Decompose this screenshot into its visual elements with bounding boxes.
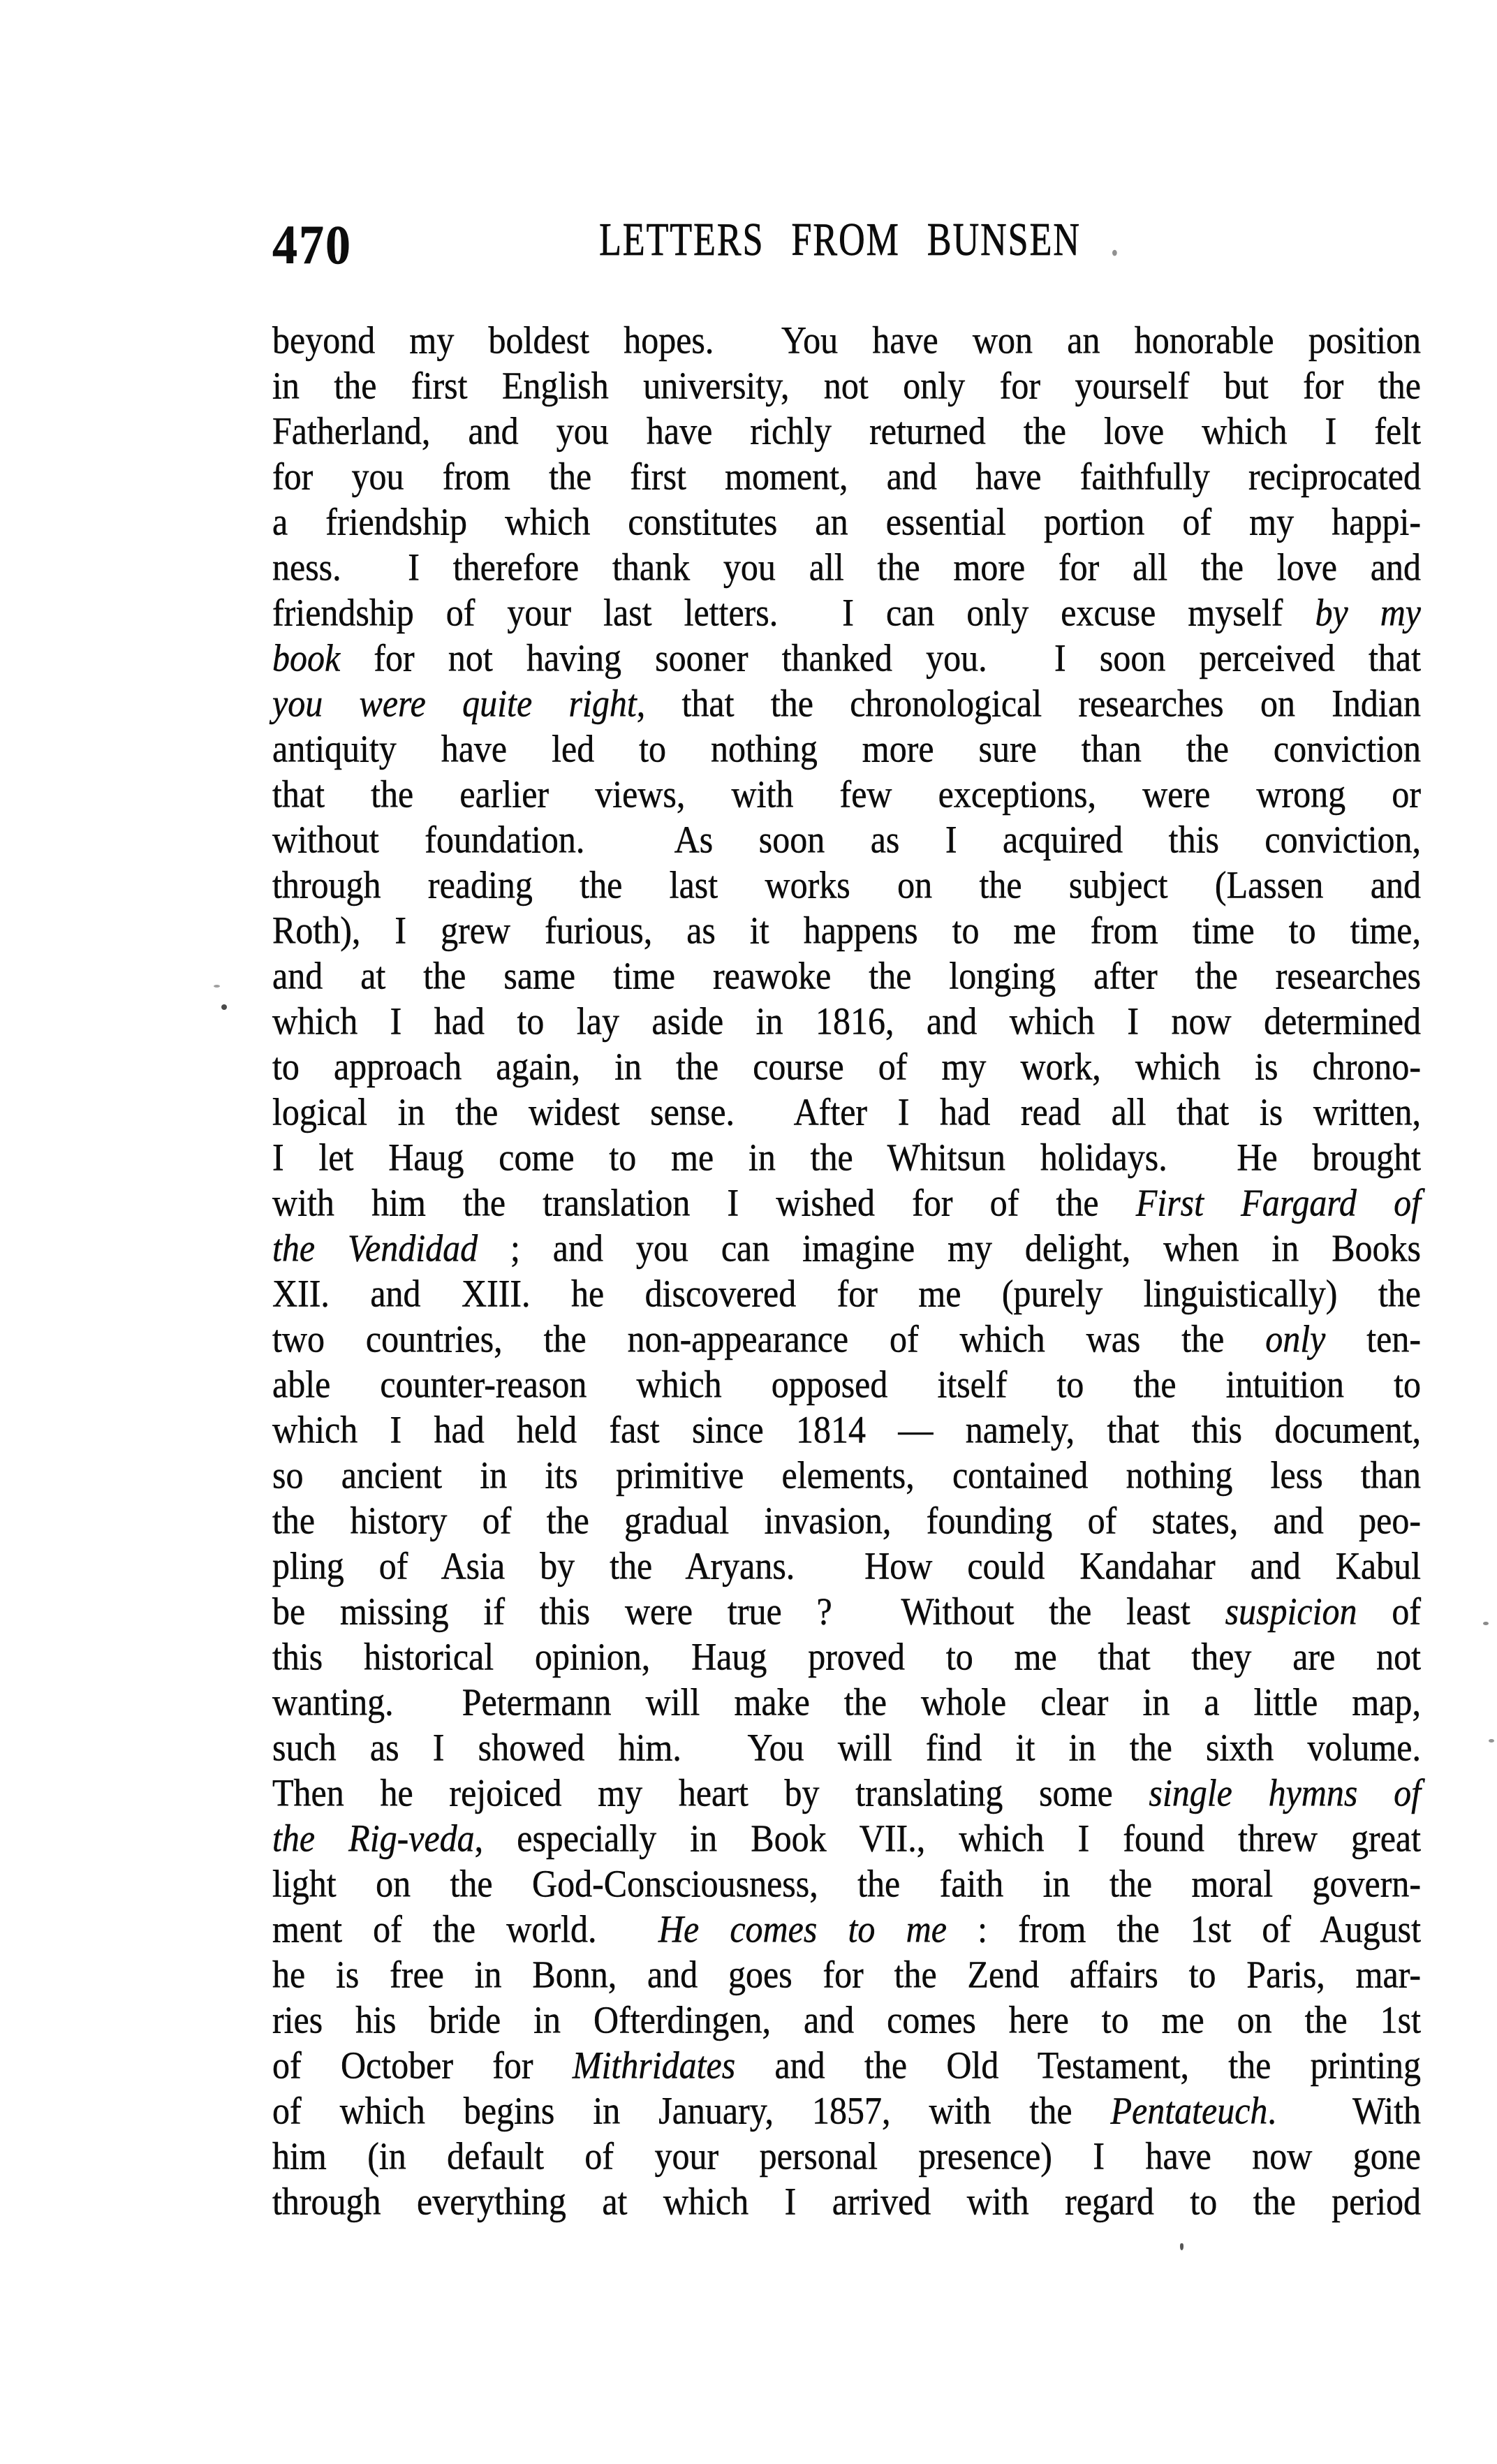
text-line: book for not having sooner thanked you. … [272,633,1421,684]
title-trailing-mark: . [1110,213,1119,268]
text-line: I let Haug come to me in the Whitsun hol… [272,1133,1421,1183]
page-header: 470 LETTERS FROM BUNSEN. [272,218,1421,268]
text-line: which I had to lay aside in 1816, and wh… [272,997,1421,1047]
text-line: ness. I therefore thank you all the more… [272,543,1421,593]
page-text: beyond my boldest hopes. You have won an… [272,318,1421,2224]
text-line: for you from the first moment, and have … [272,452,1421,502]
scan-speck [214,985,220,988]
text-line: Then he rejoiced my heart by translating… [272,1768,1421,1819]
text-line: pling of Asia by the Aryans. How could K… [272,1541,1421,1592]
text-line: with him the translation I wished for of… [272,1178,1421,1229]
text-line: two countries, the non-appearance of whi… [272,1314,1421,1365]
text-line: able counter-reason which opposed itself… [272,1360,1421,1410]
text-line: you were quite right, that the chronolog… [272,679,1421,729]
text-line: so ancient in its primitive elements, co… [272,1451,1421,1501]
text-line: friendship of your last letters. I can o… [272,588,1421,638]
running-title-text: LETTERS FROM BUNSEN [599,214,1081,265]
text-line: XII. and XIII. he discovered for me (pur… [272,1269,1421,1319]
text-line: Roth), I grew furious, as it happens to … [272,906,1421,956]
text-line: in the first English university, not onl… [272,361,1421,411]
text-line: such as I showed him. You will find it i… [272,1723,1421,1773]
text-line: of October for Mithridates and the Old T… [272,2041,1421,2091]
text-line: through everything at which I arrived wi… [272,2177,1421,2227]
text-line: he is free in Bonn, and goes for the Zen… [272,1950,1421,2000]
text-line: wanting. Petermann will make the whole c… [272,1678,1421,1728]
running-title: LETTERS FROM BUNSEN. [272,213,1421,268]
text-line: the Vendidad ; and you can imagine my de… [272,1224,1421,1274]
text-line: the Rig-veda, especially in Book VII., w… [272,1814,1421,1864]
scan-speck [1180,2243,1183,2250]
text-line: ries his bride in Ofterdingen, and comes… [272,1995,1421,2046]
text-line: beyond my boldest hopes. You have won an… [272,316,1421,366]
text-line: antiquity have led to nothing more sure … [272,724,1421,775]
text-line: ment of the world. He comes to me : from… [272,1905,1421,1955]
text-line: which I had held fast since 1814 — namel… [272,1405,1421,1455]
text-line: through reading the last works on the su… [272,860,1421,911]
text-line: a friendship which constitutes an essent… [272,497,1421,548]
text-line: logical in the widest sense. After I had… [272,1087,1421,1138]
text-line: light on the God-Consciousness, the fait… [272,1859,1421,1909]
text-line: that the earlier views, with few excepti… [272,770,1421,820]
text-line: the history of the gradual invasion, fou… [272,1496,1421,1546]
text-line: him (in default of your personal presenc… [272,2132,1421,2182]
text-line: and at the same time reawoke the longing… [272,951,1421,1002]
scan-speck [221,1004,227,1010]
book-page: 470 LETTERS FROM BUNSEN. beyond my bolde… [0,0,1497,2464]
text-line: without foundation. As soon as I acquire… [272,815,1421,865]
scan-speck [1483,1622,1489,1625]
text-line: this historical opinion, Haug proved to … [272,1632,1421,1682]
text-line: be missing if this were true ? Without t… [272,1587,1421,1637]
text-line: of which begins in January, 1857, with t… [272,2086,1421,2136]
text-line: to approach again, in the course of my w… [272,1042,1421,1092]
scan-speck [1489,1739,1494,1743]
text-line: Fatherland, and you have richly returned… [272,406,1421,457]
